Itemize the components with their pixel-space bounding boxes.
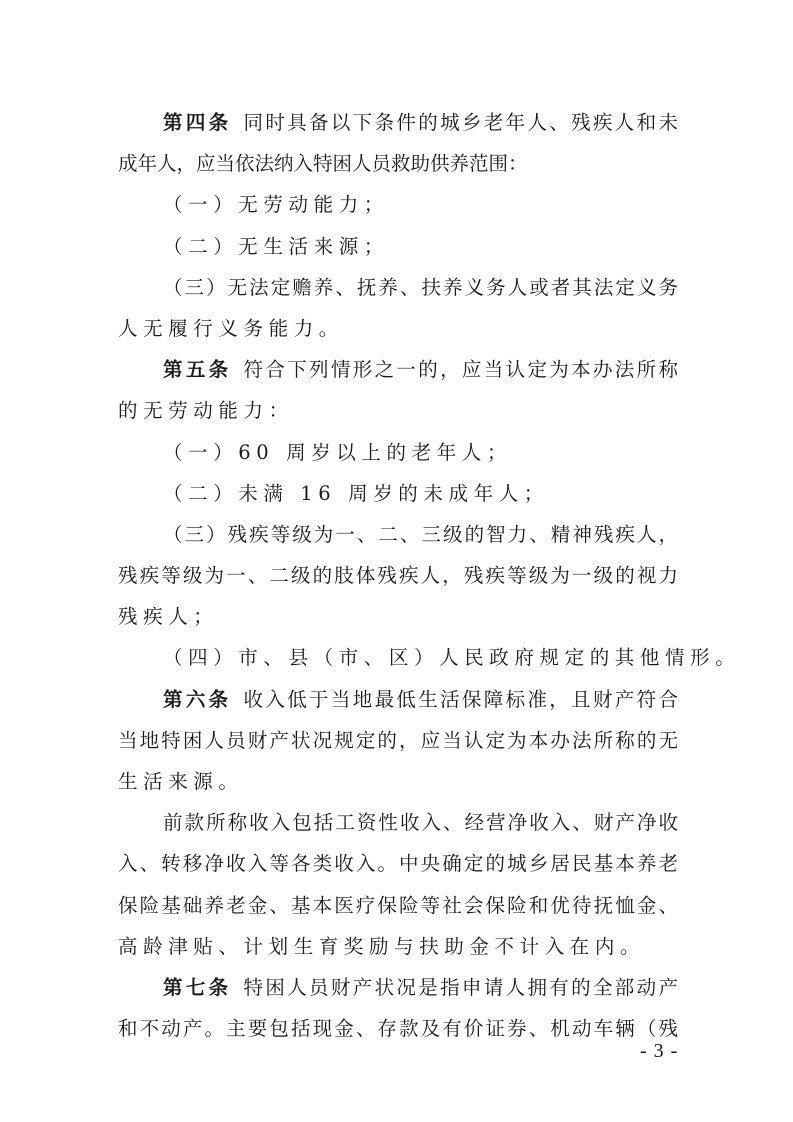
line-text: （二）未满 16 周岁的未成年人； xyxy=(163,482,549,505)
article-5-line-2: 的无劳动能力： xyxy=(118,390,678,431)
article-5-item-3-cont-1: 残疾等级为一、二级的肢体残疾人，残疾等级为一级的视力 xyxy=(118,555,678,596)
line-text: （三）残疾等级为一、二、三级的智力、精神残疾人， xyxy=(163,523,678,546)
article-number: 第四条 xyxy=(163,111,232,134)
line-text: （一）60 周岁以上的老年人； xyxy=(163,441,512,464)
article-5-item-3: （三）残疾等级为一、二、三级的智力、精神残疾人， xyxy=(118,514,678,555)
line-text: 成年人，应当依法纳入特困人员救助供养范围： xyxy=(118,152,528,175)
line-text: 保险基础养老金、基本医疗保险等社会保险和优待抚恤金、 xyxy=(118,894,678,917)
article-7-line-2: 和不动产。主要包括现金、存款及有价证券、机动车辆（残 xyxy=(118,1008,678,1049)
article-7-line-1: 第七条特困人员财产状况是指申请人拥有的全部动产 xyxy=(118,967,678,1008)
line-text: 人无履行义务能力。 xyxy=(118,317,344,340)
page-number: - 3 - xyxy=(640,1040,678,1063)
line-text: 和不动产。主要包括现金、存款及有价证券、机动车辆（残 xyxy=(118,1017,678,1040)
line-text: 生活来源。 xyxy=(118,770,244,793)
article-5-line-1: 第五条符合下列情形之一的，应当认定为本办法所称 xyxy=(118,349,678,390)
article-5-item-2: （二）未满 16 周岁的未成年人； xyxy=(118,473,678,514)
line-text: 当地特困人员财产状况规定的，应当认定为本办法所称的无 xyxy=(118,729,678,752)
line-text: 高龄津贴、计划生育奖励与扶助金不计入在内。 xyxy=(118,935,645,958)
line-text: 残疾等级为一、二级的肢体残疾人，残疾等级为一级的视力 xyxy=(118,564,678,587)
line-text: 的无劳动能力： xyxy=(118,399,294,422)
line-text: 同时具备以下条件的城乡老年人、残疾人和未 xyxy=(244,111,678,134)
article-6-line-3: 生活来源。 xyxy=(118,761,678,802)
line-text: 前款所称收入包括工资性收入、经营净收入、财产净收 xyxy=(163,811,678,834)
article-4-item-2: （二）无生活来源； xyxy=(118,226,678,267)
article-number: 第六条 xyxy=(163,688,232,711)
article-6-para-2-line-1: 前款所称收入包括工资性收入、经营净收入、财产净收 xyxy=(118,802,678,843)
article-5-item-4: （四）市、县（市、区）人民政府规定的其他情形。 xyxy=(118,637,678,678)
document-body: 第四条同时具备以下条件的城乡老年人、残疾人和未 成年人，应当依法纳入特困人员救助… xyxy=(118,102,678,1049)
article-6-para-2-line-3: 保险基础养老金、基本医疗保险等社会保险和优待抚恤金、 xyxy=(118,885,678,926)
line-text: 收入低于当地最低生活保障标准，且财产符合 xyxy=(244,688,678,711)
article-4-item-3-cont: 人无履行义务能力。 xyxy=(118,308,678,349)
article-6-para-2-line-4: 高龄津贴、计划生育奖励与扶助金不计入在内。 xyxy=(118,926,678,967)
article-4-item-3: （三）无法定赡养、抚养、扶养义务人或者其法定义务 xyxy=(118,267,678,308)
line-text: 残疾人； xyxy=(118,605,218,628)
article-5-item-1: （一）60 周岁以上的老年人； xyxy=(118,432,678,473)
document-page: 第四条同时具备以下条件的城乡老年人、残疾人和未 成年人，应当依法纳入特困人员救助… xyxy=(0,0,793,1122)
article-6-line-2: 当地特困人员财产状况规定的，应当认定为本办法所称的无 xyxy=(118,720,678,761)
article-6-para-2-line-2: 入、转移净收入等各类收入。中央确定的城乡居民基本养老 xyxy=(118,843,678,884)
line-text: （三）无法定赡养、抚养、扶养义务人或者其法定义务 xyxy=(163,276,678,299)
line-text: 特困人员财产状况是指申请人拥有的全部动产 xyxy=(244,976,678,999)
article-number: 第七条 xyxy=(163,976,232,999)
line-text: （一）无劳动能力； xyxy=(163,193,389,216)
line-text: 符合下列情形之一的，应当认定为本办法所称 xyxy=(244,358,678,381)
line-text: 入、转移净收入等各类收入。中央确定的城乡居民基本养老 xyxy=(118,852,678,875)
line-text: （二）无生活来源； xyxy=(163,235,389,258)
article-5-item-3-cont-2: 残疾人； xyxy=(118,596,678,637)
article-4-item-1: （一）无劳动能力； xyxy=(118,184,678,225)
article-4-line-2: 成年人，应当依法纳入特困人员救助供养范围： xyxy=(118,143,678,184)
article-4-line-1: 第四条同时具备以下条件的城乡老年人、残疾人和未 xyxy=(118,102,678,143)
article-6-line-1: 第六条收入低于当地最低生活保障标准，且财产符合 xyxy=(118,679,678,720)
line-text: （四）市、县（市、区）人民政府规定的其他情形。 xyxy=(163,646,740,669)
article-number: 第五条 xyxy=(163,358,232,381)
